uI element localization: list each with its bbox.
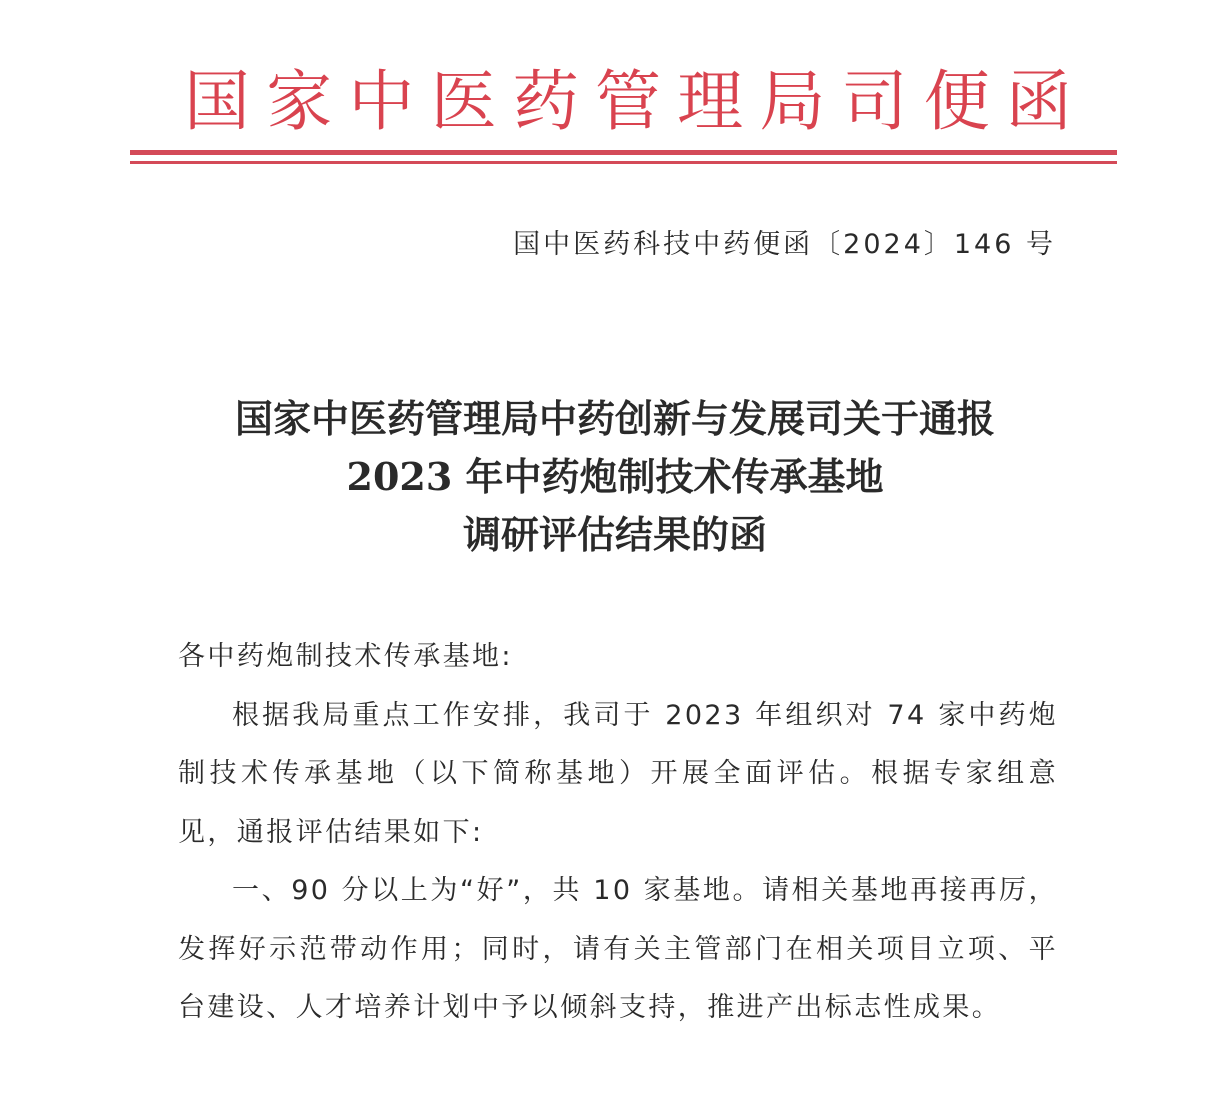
document-number: 国中医药科技中药便函〔2024〕146 号: [513, 222, 1056, 261]
letterhead-char: 管: [589, 62, 667, 142]
title-line: 调研评估结果的函: [150, 506, 1080, 564]
letterhead-char: 司: [836, 62, 914, 142]
body-paragraph: 一、90 分以上为“好”，共 10 家基地。请相关基地再接再厉，发挥好示范带动作…: [178, 862, 1058, 1038]
letterhead-char: 便: [918, 62, 996, 142]
red-divider-thin: [130, 161, 1117, 164]
document-body: 各中药炮制技术传承基地: 根据我局重点工作安排，我司于 2023 年组织对 74…: [178, 628, 1058, 1038]
letterhead-char: 中: [342, 62, 420, 142]
letterhead-char: 药: [507, 62, 585, 142]
letterhead-char: 函: [1000, 62, 1078, 142]
letterhead-char: 理: [671, 62, 749, 142]
body-paragraph: 根据我局重点工作安排，我司于 2023 年组织对 74 家中药炮制技术传承基地（…: [178, 687, 1058, 863]
salutation: 各中药炮制技术传承基地:: [178, 628, 1058, 687]
red-divider-thick: [130, 150, 1117, 155]
title-line: 国家中医药管理局中药创新与发展司关于通报: [150, 390, 1080, 448]
title-line: 2023 年中药炮制技术传承基地: [150, 448, 1080, 506]
letterhead-char: 家: [260, 62, 338, 142]
letterhead-char: 医: [425, 62, 503, 142]
document-title: 国家中医药管理局中药创新与发展司关于通报 2023 年中药炮制技术传承基地 调研…: [150, 390, 1080, 564]
letterhead-char: 局: [753, 62, 831, 142]
letterhead-title: 国 家 中 医 药 管 理 局 司 便 函: [178, 62, 1078, 142]
letterhead-char: 国: [178, 62, 256, 142]
